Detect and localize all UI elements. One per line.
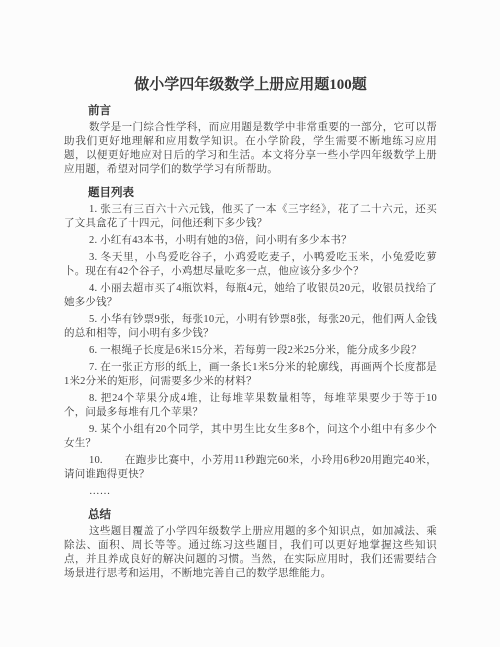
summary-heading: 总结 <box>64 508 437 522</box>
problem-item-2: 2. 小红有43本书，小明有她的3倍，问小明有多少本书？ <box>64 234 437 248</box>
section-problem-list: 题目列表 1. 张三有三百六十六元钱，他买了一本《三字经》，花了二十六元，还买了… <box>64 186 437 499</box>
problem-item-4: 4. 小丽去超市买了4瓶饮料，每瓶4元，她给了收银员20元，收银员找给了她多少钱… <box>64 282 437 310</box>
section-summary: 总结 这些题目覆盖了小学四年级数学上册应用题的多个知识点，如加减法、乘除法、面积… <box>64 508 437 581</box>
problem-list-heading: 题目列表 <box>64 186 437 200</box>
page-title: 做小学四年级数学上册应用题100题 <box>64 75 437 95</box>
problem-item-6: 6. 一根绳子长度是6米15分米，若每剪一段2米25分米，能分成多少段？ <box>64 344 437 358</box>
problem-item-3: 3. 冬天里，小鸟爱吃谷子，小鸡爱吃麦子，小鸭爱吃玉米，小兔爱吃萝卜。现在有42… <box>64 251 437 279</box>
problem-list-ellipsis: …… <box>64 485 437 499</box>
problem-item-10: 10. 在跑步比赛中，小芳用11秒跑完60米，小玲用6秒20用跑完40米，请问谁… <box>64 454 437 482</box>
problem-item-5: 5. 小华有钞票9张，每张10元，小明有钞票8张，每张20元，他们两人金钱的总和… <box>64 313 437 341</box>
problem-item-7: 7. 在一张正方形的纸上，画一条长1米5分米的轮廓线，再画两个长度都是1米2分米… <box>64 361 437 389</box>
problem-item-1: 1. 张三有三百六十六元钱，他买了一本《三字经》，花了二十六元，还买了文具盒花了… <box>64 203 437 231</box>
problem-item-8: 8. 把24个苹果分成4堆，让每堆苹果数量相等，每堆苹果要少于等于10个，问最多… <box>64 392 437 420</box>
document-page: 做小学四年级数学上册应用题100题 前言 数学是一门综合性学科，而应用题是数学中… <box>0 0 500 647</box>
problem-item-9: 9. 某个小组有20个同学，其中男生比女生多8个，问这个小组中有多少个女生？ <box>64 423 437 451</box>
preface-heading: 前言 <box>64 104 437 118</box>
section-preface: 前言 数学是一门综合性学科，而应用题是数学中非常重要的一部分，它可以帮助我们更好… <box>64 104 437 177</box>
summary-paragraph: 这些题目覆盖了小学四年级数学上册应用题的多个知识点，如加减法、乘除法、面积、周长… <box>64 525 437 581</box>
preface-paragraph: 数学是一门综合性学科，而应用题是数学中非常重要的一部分，它可以帮助我们更好地理解… <box>64 121 437 177</box>
